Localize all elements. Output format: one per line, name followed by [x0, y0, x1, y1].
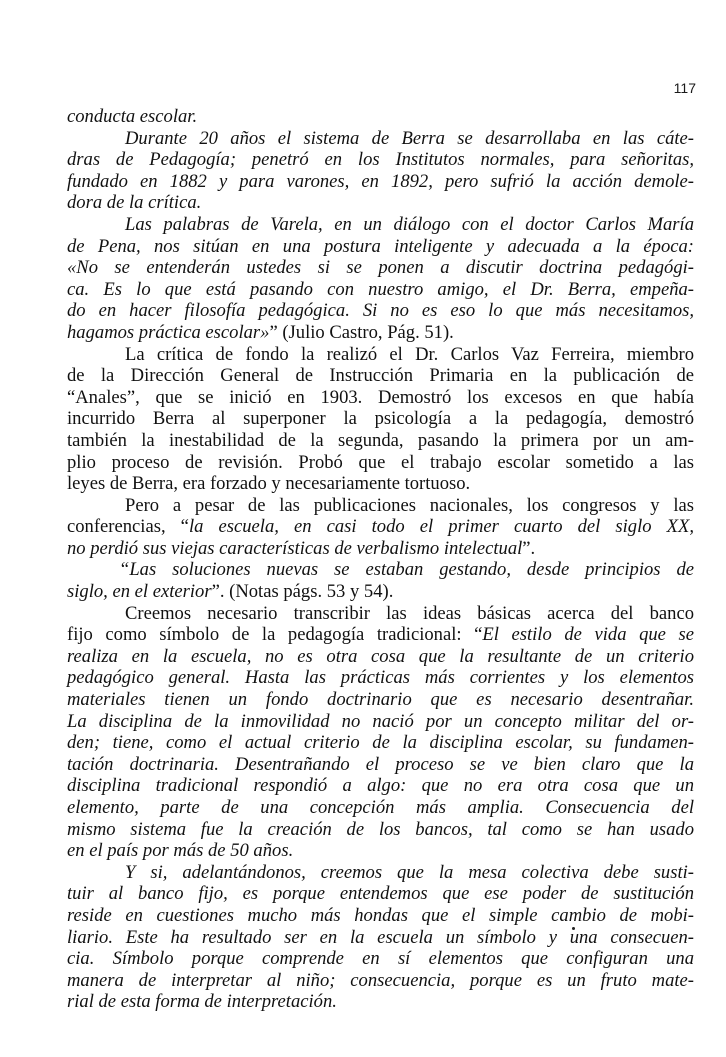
text-line: reside en cuestiones mucho más hondas qu… [67, 905, 694, 927]
text-line: do en hacer filosofía pedagógica. Si no … [67, 300, 694, 322]
italic-text: Las palabras de Varela, en un diálogo co… [125, 214, 694, 235]
roman-text: de la Dirección General de Instrucción P… [67, 365, 694, 386]
italic-text: den; tiene, como el actual criterio de l… [67, 732, 694, 753]
text-line: siglo, en el exterior”. (Notas págs. 53 … [67, 581, 694, 603]
italic-text: tuir al banco fijo, es porque entendemos… [67, 883, 694, 904]
roman-text: leyes de Berra, era forzado y necesariam… [67, 473, 470, 494]
text-line: conducta escolar. [67, 106, 694, 128]
italic-text: realiza en la escuela, no es otra cosa q… [67, 646, 694, 667]
text-line: manera de interpretar al niño; consecuen… [67, 970, 694, 992]
text-line: leyes de Berra, era forzado y necesariam… [67, 473, 694, 495]
italic-text: en el país por más de 50 años. [67, 840, 293, 861]
print-speck [572, 927, 575, 930]
text-line: dora de la crítica. [67, 192, 694, 214]
italic-text: cia. Símbolo porque comprende en sí elem… [67, 948, 694, 969]
italic-text: la escuela, en casi todo el primer cuart… [189, 516, 694, 537]
italic-text: de Pena, nos sitúan en una postura intel… [67, 236, 694, 257]
text-line: disciplina tradicional respondió a algo:… [67, 775, 694, 797]
italic-text: El estilo de vida que se [482, 624, 694, 645]
book-page: 117 conducta escolar.Durante 20 años el … [0, 0, 726, 1057]
text-line: fundado en 1882 y para varones, en 1892,… [67, 171, 694, 193]
text-line: Las palabras de Varela, en un diálogo co… [67, 214, 694, 236]
text-line: de Pena, nos sitúan en una postura intel… [67, 236, 694, 258]
text-line: de la Dirección General de Instrucción P… [67, 365, 694, 387]
text-line: hagamos práctica escolar»” (Julio Castro… [67, 322, 694, 344]
italic-text: Durante 20 años el sistema de Berra se d… [125, 128, 694, 149]
text-line: realiza en la escuela, no es otra cosa q… [67, 646, 694, 668]
text-line: ca. Es lo que está pasando con nuestro a… [67, 279, 694, 301]
text-line: “Anales”, que se inició en 1903. Demostr… [67, 387, 694, 409]
roman-text: también la inestabilidad de la segunda, … [67, 430, 694, 451]
text-line: no perdió sus viejas características de … [67, 538, 694, 560]
body-text: conducta escolar.Durante 20 años el sist… [67, 106, 694, 1013]
roman-text: ” (Julio Castro, Pág. 51). [269, 322, 453, 343]
roman-text: “Anales”, que se inició en 1903. Demostr… [67, 387, 694, 408]
text-line: «No se entenderán ustedes si se ponen a … [67, 257, 694, 279]
italic-text: dora de la crítica. [67, 192, 201, 213]
italic-text: fundado en 1882 y para varones, en 1892,… [67, 171, 694, 192]
italic-text: materiales tienen un fondo doctrinario q… [67, 689, 694, 710]
text-line: mismo sistema fue la creación de los ban… [67, 819, 694, 841]
italic-text: liario. Este ha resultado ser en la escu… [67, 927, 694, 948]
italic-text: do en hacer filosofía pedagógica. Si no … [67, 300, 694, 321]
text-line: tuir al banco fijo, es porque entendemos… [67, 883, 694, 905]
text-line: La crítica de fondo la realizó el Dr. Ca… [67, 344, 694, 366]
text-line: cia. Símbolo porque comprende en sí elem… [67, 948, 694, 970]
text-line: Creemos necesario transcribir las ideas … [67, 603, 694, 625]
italic-text: reside en cuestiones mucho más hondas qu… [67, 905, 694, 926]
italic-text: rial de esta forma de interpretación. [67, 991, 337, 1012]
text-line: fijo como símbolo de la pedagogía tradic… [67, 624, 694, 646]
italic-text: manera de interpretar al niño; consecuen… [67, 970, 694, 991]
text-line: materiales tienen un fondo doctrinario q… [67, 689, 694, 711]
text-line: Durante 20 años el sistema de Berra se d… [67, 128, 694, 150]
italic-text: mismo sistema fue la creación de los ban… [67, 819, 694, 840]
italic-text: no perdió sus viejas características de … [67, 538, 522, 559]
roman-text: Creemos necesario transcribir las ideas … [125, 603, 694, 624]
roman-text: ”. [522, 538, 535, 559]
text-line: La disciplina de la inmovilidad no nació… [67, 711, 694, 733]
text-line: conferencias, “la escuela, en casi todo … [67, 516, 694, 538]
italic-text: conducta escolar. [67, 106, 197, 127]
text-line: plio proceso de revisión. Probó que el t… [67, 452, 694, 474]
text-line: “Las soluciones nuevas se estaban gestan… [67, 559, 694, 581]
roman-text: ”. (Notas págs. 53 y 54). [212, 581, 394, 602]
text-line: tación doctrinaria. Desentrañando el pro… [67, 754, 694, 776]
text-line: dras de Pedagogía; penetró en los Instit… [67, 149, 694, 171]
roman-text: plio proceso de revisión. Probó que el t… [67, 452, 694, 473]
italic-text: dras de Pedagogía; penetró en los Instit… [67, 149, 694, 170]
italic-text: La disciplina de la inmovilidad no nació… [67, 711, 694, 732]
italic-text: Y si, adelantándonos, creemos que la mes… [125, 862, 694, 883]
roman-text: La crítica de fondo la realizó el Dr. Ca… [125, 344, 694, 365]
roman-text: incurrido Berra al superponer la psicolo… [67, 408, 694, 429]
italic-text: tación doctrinaria. Desentrañando el pro… [67, 754, 694, 775]
roman-text: Pero a pesar de las publicaciones nacion… [125, 495, 694, 516]
roman-text: fijo como símbolo de la pedagogía tradic… [67, 624, 482, 645]
text-line: liario. Este ha resultado ser en la escu… [67, 927, 694, 949]
italic-text: pedagógico general. Hasta las prácticas … [67, 667, 694, 688]
italic-text: hagamos práctica escolar» [67, 322, 269, 343]
italic-text: elemento, parte de una concepción más am… [67, 797, 694, 818]
text-line: Pero a pesar de las publicaciones nacion… [67, 495, 694, 517]
roman-text: conferencias, “ [67, 516, 189, 537]
text-line: pedagógico general. Hasta las prácticas … [67, 667, 694, 689]
text-line: Y si, adelantándonos, creemos que la mes… [67, 862, 694, 884]
text-line: den; tiene, como el actual criterio de l… [67, 732, 694, 754]
text-line: elemento, parte de una concepción más am… [67, 797, 694, 819]
italic-text: siglo, en el exterior [67, 581, 212, 602]
italic-text: disciplina tradicional respondió a algo:… [67, 775, 694, 796]
italic-text: “Las soluciones nuevas se estaban gestan… [119, 559, 694, 580]
italic-text: ca. Es lo que está pasando con nuestro a… [67, 279, 694, 300]
text-line: en el país por más de 50 años. [67, 840, 694, 862]
text-line: rial de esta forma de interpretación. [67, 991, 694, 1013]
text-line: también la inestabilidad de la segunda, … [67, 430, 694, 452]
page-number: 117 [640, 80, 696, 96]
italic-text: «No se entenderán ustedes si se ponen a … [67, 257, 694, 278]
text-line: incurrido Berra al superponer la psicolo… [67, 408, 694, 430]
